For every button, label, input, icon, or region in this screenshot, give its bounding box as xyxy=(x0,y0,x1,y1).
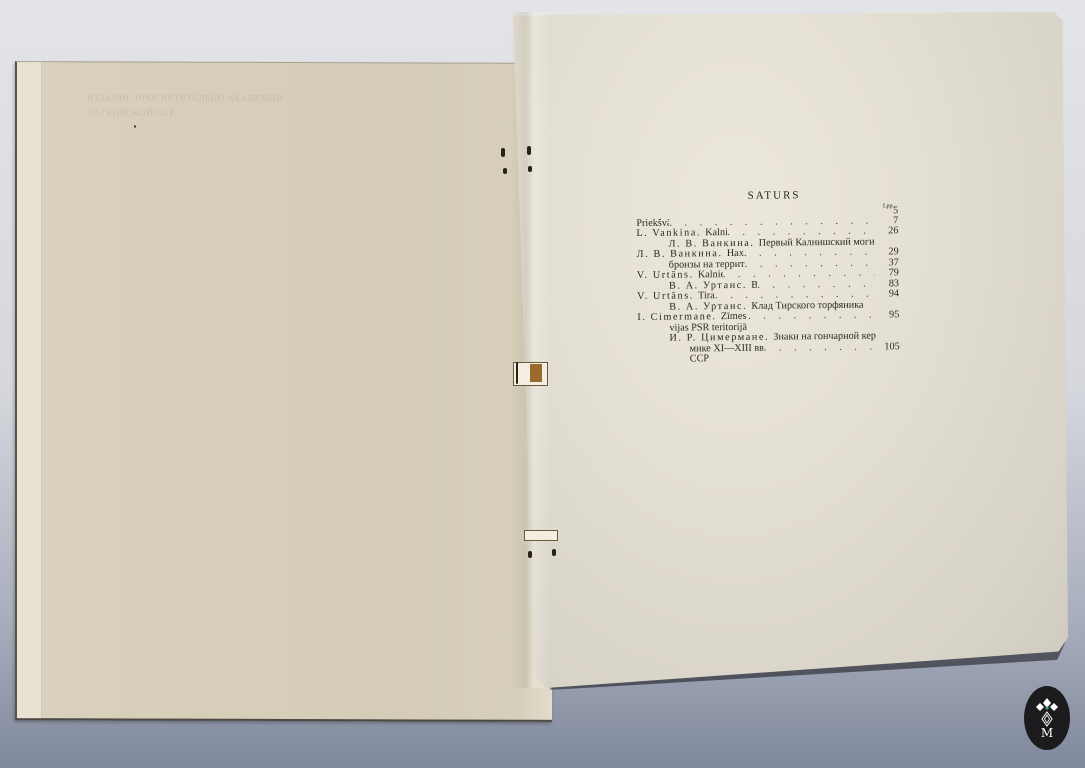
left-page: ИЗДАНИЕ ПРОСВЕТИТЕЛЬНО АКАДЕМИИ ЛАТВИЙСК… xyxy=(15,61,552,722)
dot-leader xyxy=(863,300,875,311)
staple-hole xyxy=(527,146,531,155)
toc-entry-text: ССР xyxy=(690,354,709,365)
staple-hole xyxy=(528,166,532,172)
binding-gutter xyxy=(510,12,550,688)
toc-author: V. Urtāns. xyxy=(637,270,698,281)
staple-hole xyxy=(552,549,556,556)
toc-page-number: 105 xyxy=(876,342,900,353)
toc-entry-text: V. Urtāns. Tiras purva depozīts xyxy=(637,291,715,302)
toc-author: L. Vankina. xyxy=(636,228,705,239)
watermark-logo: M xyxy=(1024,686,1070,750)
toc-entry-text: бронзы на территории Латвийской ССР xyxy=(669,259,745,270)
svg-text:M: M xyxy=(1041,726,1053,740)
toc-author: I. Cimermane. xyxy=(637,312,721,323)
toc-entry-text: vijas PSR teritorijā xyxy=(669,322,747,333)
toc-title: SATURS xyxy=(636,189,898,202)
toc-entry-text: Priekšvārds xyxy=(636,218,669,229)
toc-entries: Priekšvārds . . . . . . . . . . . . . . … xyxy=(636,216,900,366)
toc-page-number xyxy=(875,321,899,332)
toc-author: В. А. Уртанс. xyxy=(669,300,751,312)
flyleaf-edge xyxy=(17,62,42,718)
toc-author: Л. В. Ванкина. xyxy=(668,237,758,249)
show-through-text: ИЗДАНИЕ ПРОСВЕТИТЕЛЬНО АКАДЕМИИ xyxy=(87,92,283,103)
toc-page-number: 95 xyxy=(875,310,899,321)
rust-stain xyxy=(530,364,542,382)
toc-author: В. А. Уртанс. xyxy=(669,280,751,291)
torn-staple-area xyxy=(524,530,558,541)
toc-author: Л. В. Ванкина. xyxy=(637,249,727,260)
photo-scene: ИЗДАНИЕ ПРОСВЕТИТЕЛЬНО АКАДЕМИИ ЛАТВИЙСК… xyxy=(0,0,1085,768)
ornamental-cross-m-monogram-icon: M xyxy=(1024,686,1070,750)
ink-speck xyxy=(134,125,136,127)
dot-leader xyxy=(709,352,876,364)
staple-slot xyxy=(516,362,518,384)
toc-author: И. Р. Цимермане. xyxy=(669,332,773,344)
toc-page-number xyxy=(876,352,900,363)
toc-page-number: 94 xyxy=(875,289,899,300)
page-column-header: Lpp. xyxy=(883,201,894,212)
staple-hole xyxy=(528,551,532,558)
table-of-contents: SATURS Lpp. 5 Priekšvārds . . . . . . . … xyxy=(636,189,900,365)
toc-entry-text: мике XI—XIII вв. на территории Латвийско… xyxy=(690,343,764,354)
toc-page-number: 26 xyxy=(874,226,898,237)
staple-hole xyxy=(501,148,505,157)
show-through-text: ЛАТВИЙСКОЙ ССР xyxy=(87,107,174,117)
toc-author: V. Urtāns. xyxy=(637,291,698,302)
staple-hole xyxy=(503,168,507,174)
